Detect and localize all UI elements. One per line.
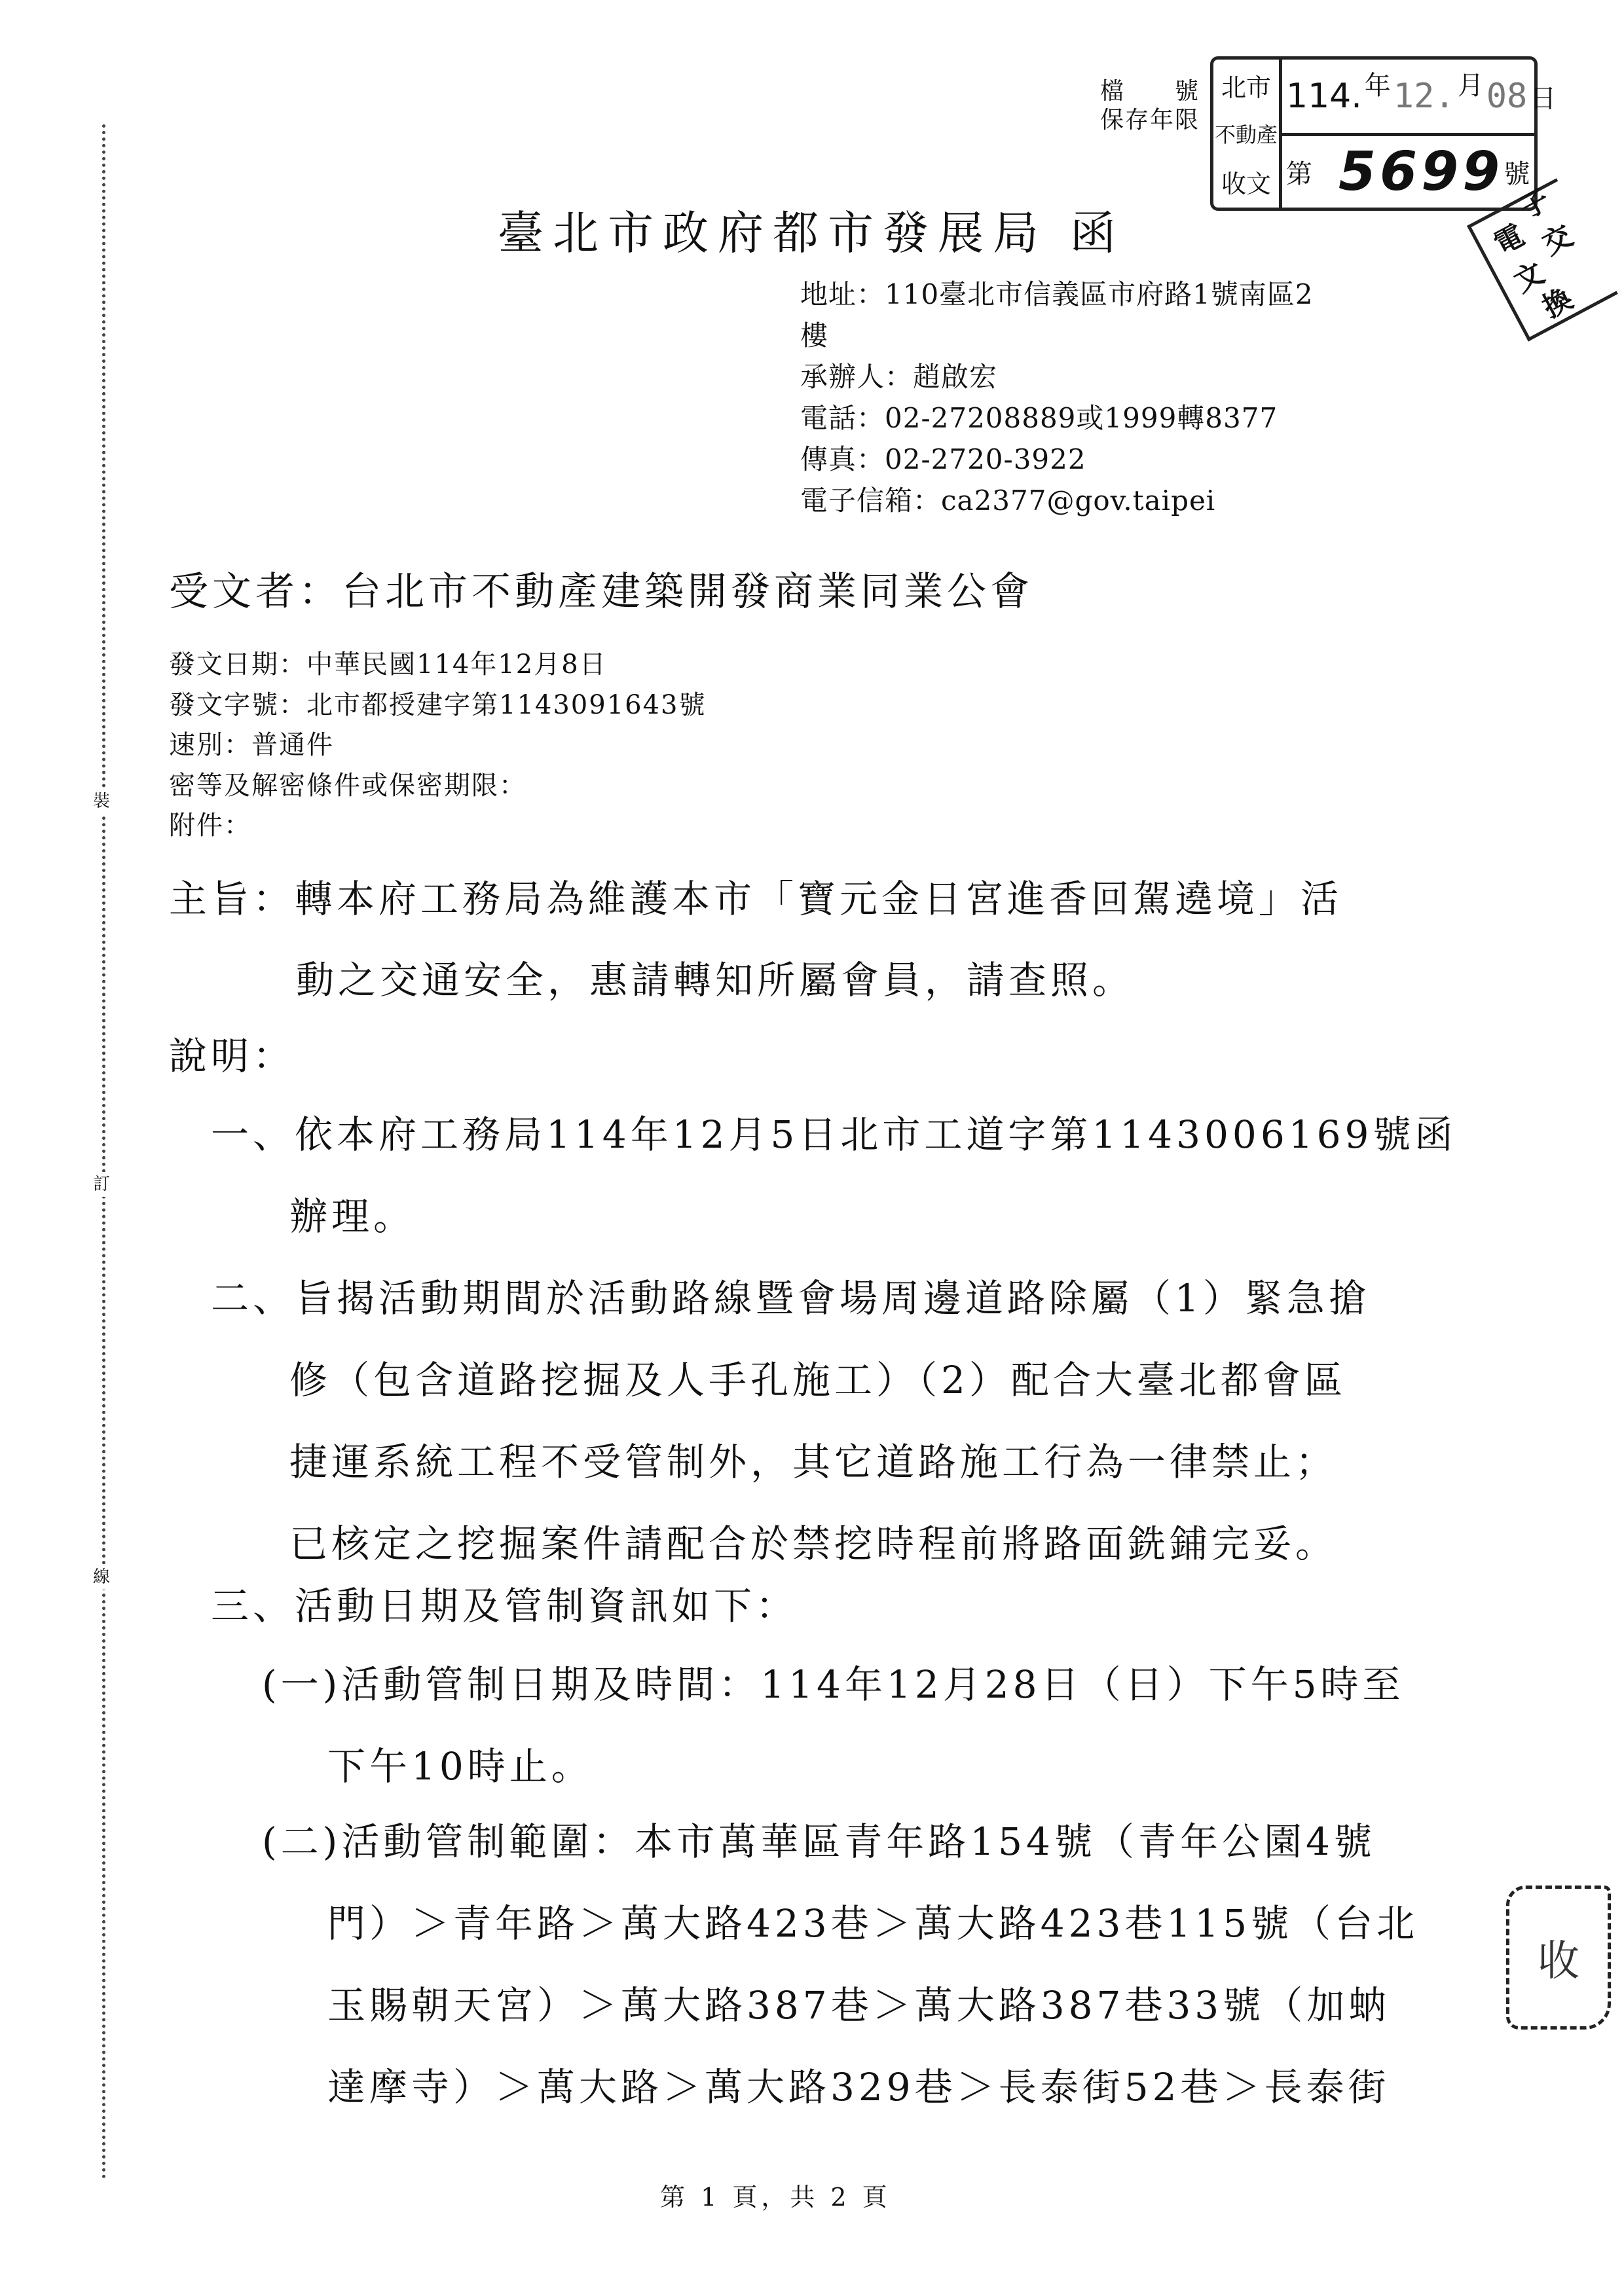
stamp-month-label: 月 xyxy=(1458,65,1484,102)
estamp-char-4: 交 xyxy=(1538,219,1578,262)
subject-line-1: 主旨：轉本府工務局為維護本市「寶元金日宮進香回駕遶境」活 xyxy=(169,877,1342,920)
retention-period-label: 保存年限 xyxy=(1100,106,1200,135)
agency-name: 臺北市政府都市發展局 xyxy=(498,206,1048,260)
item-2-line-2: 修（包含道路挖掘及人手孔施工）（2）配合大臺北都會區 xyxy=(289,1358,1371,1402)
explanation-item-1: 一、依本府工務局114年12月5日北市工道字第1143006169號函 辦理。 xyxy=(211,1113,1456,1238)
page-title: 臺北市政府都市發展局函 xyxy=(498,196,1125,263)
issue-number: 發文字號：北市都授建字第1143091643號 xyxy=(169,685,707,726)
stamp-org: 北市 不動產 收文 xyxy=(1213,60,1282,208)
item-1-line-2: 辦理。 xyxy=(289,1195,1456,1238)
doc-type: 函 xyxy=(1070,206,1125,260)
stamp-org-line-2: 不動產 xyxy=(1215,118,1278,149)
address-line-2: 樓 xyxy=(800,315,1314,356)
explanation-subitem-3-1: (一)活動管制日期及時間：114年12月28日（日）下午5時至 下午10時止。 xyxy=(262,1663,1404,1788)
explanation-item-3: 三、活動日期及管制資訊如下： xyxy=(211,1584,798,1628)
stamp-day: 08 xyxy=(1486,77,1528,116)
stamp-number: 5699 xyxy=(1338,141,1504,203)
explanation-subitem-3-2: (二)活動管制範圍：本市萬華區青年路154號（青年公園4號 門）＞青年路＞萬大路… xyxy=(262,1820,1418,2109)
binding-label-ding: 訂 xyxy=(93,1172,110,1197)
file-info: 檔 號 保存年限 xyxy=(1100,77,1200,135)
explanation-item-2: 二、旨揭活動期間於活動路線暨會場周邊道路除屬（1）緊急搶 修（包含道路挖掘及人手… xyxy=(211,1277,1371,1565)
recipient: 受文者：台北市不動產建築開發商業同業公會 xyxy=(169,560,1033,617)
handler: 承辦人：趙啟宏 xyxy=(800,356,1314,397)
attachments: 附件： xyxy=(169,806,707,847)
issue-date: 發文日期：中華民國114年12月8日 xyxy=(169,645,707,685)
subitem-3-2-line-3: 玉賜朝天宮）＞萬大路387巷＞萬大路387巷33號（加蚋 xyxy=(327,1984,1418,2027)
stamp-org-line-3: 收文 xyxy=(1221,164,1271,200)
phone: 電話：02-27208889或1999轉8377 xyxy=(800,397,1314,439)
subitem-3-1-line-2: 下午10時止。 xyxy=(327,1745,1404,1788)
binding-label-zhuang: 裝 xyxy=(93,789,110,814)
item-2-line-4: 已核定之挖掘案件請配合於禁挖時程前將路面銑鋪完妥。 xyxy=(289,1522,1371,1565)
item-3-line-1: 三、活動日期及管制資訊如下： xyxy=(211,1584,798,1628)
email: 電子信箱：ca2377@gov.taipei xyxy=(800,480,1314,521)
estamp-char-1: 電 xyxy=(1489,219,1530,262)
binding-margin-line xyxy=(102,124,105,2180)
binding-label-xian: 線 xyxy=(93,1565,110,1590)
subject-line-2: 動之交通安全，惠請轉知所屬會員，請查照。 xyxy=(296,958,1342,1002)
seal-glyph: 收 xyxy=(1538,1927,1579,1988)
stamp-year: 114. xyxy=(1286,77,1362,116)
subject: 主旨：轉本府工務局為維護本市「寶元金日宮進香回駕遶境」活 動之交通安全，惠請轉知… xyxy=(169,877,1342,1002)
document-meta: 發文日期：中華民國114年12月8日 發文字號：北市都授建字第114309164… xyxy=(169,645,707,847)
stamp-number-prefix: 第 xyxy=(1286,153,1312,191)
file-number-label: 檔 號 xyxy=(1100,77,1200,106)
receipt-stamp: 北市 不動產 收文 114. 年 12. 月 08 日 第 5699 號 xyxy=(1210,56,1538,211)
fax: 傳真：02-2720-3922 xyxy=(800,439,1314,480)
subitem-3-1-line-1: (一)活動管制日期及時間：114年12月28日（日）下午5時至 xyxy=(262,1663,1404,1706)
stamp-org-line-1: 北市 xyxy=(1221,67,1271,103)
address-line-1: 地址：110臺北市信義區市府路1號南區2 xyxy=(800,274,1314,315)
page-indicator: 第 1 頁，共 2 頁 xyxy=(660,2177,891,2213)
item-2-line-1: 二、旨揭活動期間於活動路線暨會場周邊道路除屬（1）緊急搶 xyxy=(211,1277,1371,1320)
stamp-date: 114. 年 12. 月 08 日 xyxy=(1282,60,1534,136)
stamp-receipt-number: 第 5699 號 xyxy=(1282,136,1534,208)
official-seal-stamp: 收 xyxy=(1506,1886,1611,2030)
subitem-3-2-line-4: 達摩寺）＞萬大路＞萬大路329巷＞長泰街52巷＞長泰街 xyxy=(327,2066,1418,2109)
stamp-month: 12. xyxy=(1393,77,1455,116)
item-2-line-3: 捷運系統工程不受管制外，其它道路施工行為一律禁止； xyxy=(289,1440,1371,1484)
item-1-line-1: 一、依本府工務局114年12月5日北市工道字第1143006169號函 xyxy=(211,1113,1456,1156)
subitem-3-2-line-2: 門）＞青年路＞萬大路423巷＞萬大路423巷115號（台北 xyxy=(327,1902,1418,1945)
subitem-3-2-line-1: (二)活動管制範圍：本市萬華區青年路154號（青年公園4號 xyxy=(262,1820,1418,1863)
speed: 速別：普通件 xyxy=(169,725,707,766)
stamp-year-label: 年 xyxy=(1365,65,1391,102)
stamp-number-suffix: 號 xyxy=(1504,153,1530,191)
explanation-heading: 說明： xyxy=(169,1034,295,1078)
contact-block: 地址：110臺北市信義區市府路1號南區2 樓 承辦人：趙啟宏 電話：02-272… xyxy=(800,274,1314,521)
classification: 密等及解密條件或保密期限： xyxy=(169,766,707,807)
stamp-day-label: 日 xyxy=(1530,78,1556,115)
